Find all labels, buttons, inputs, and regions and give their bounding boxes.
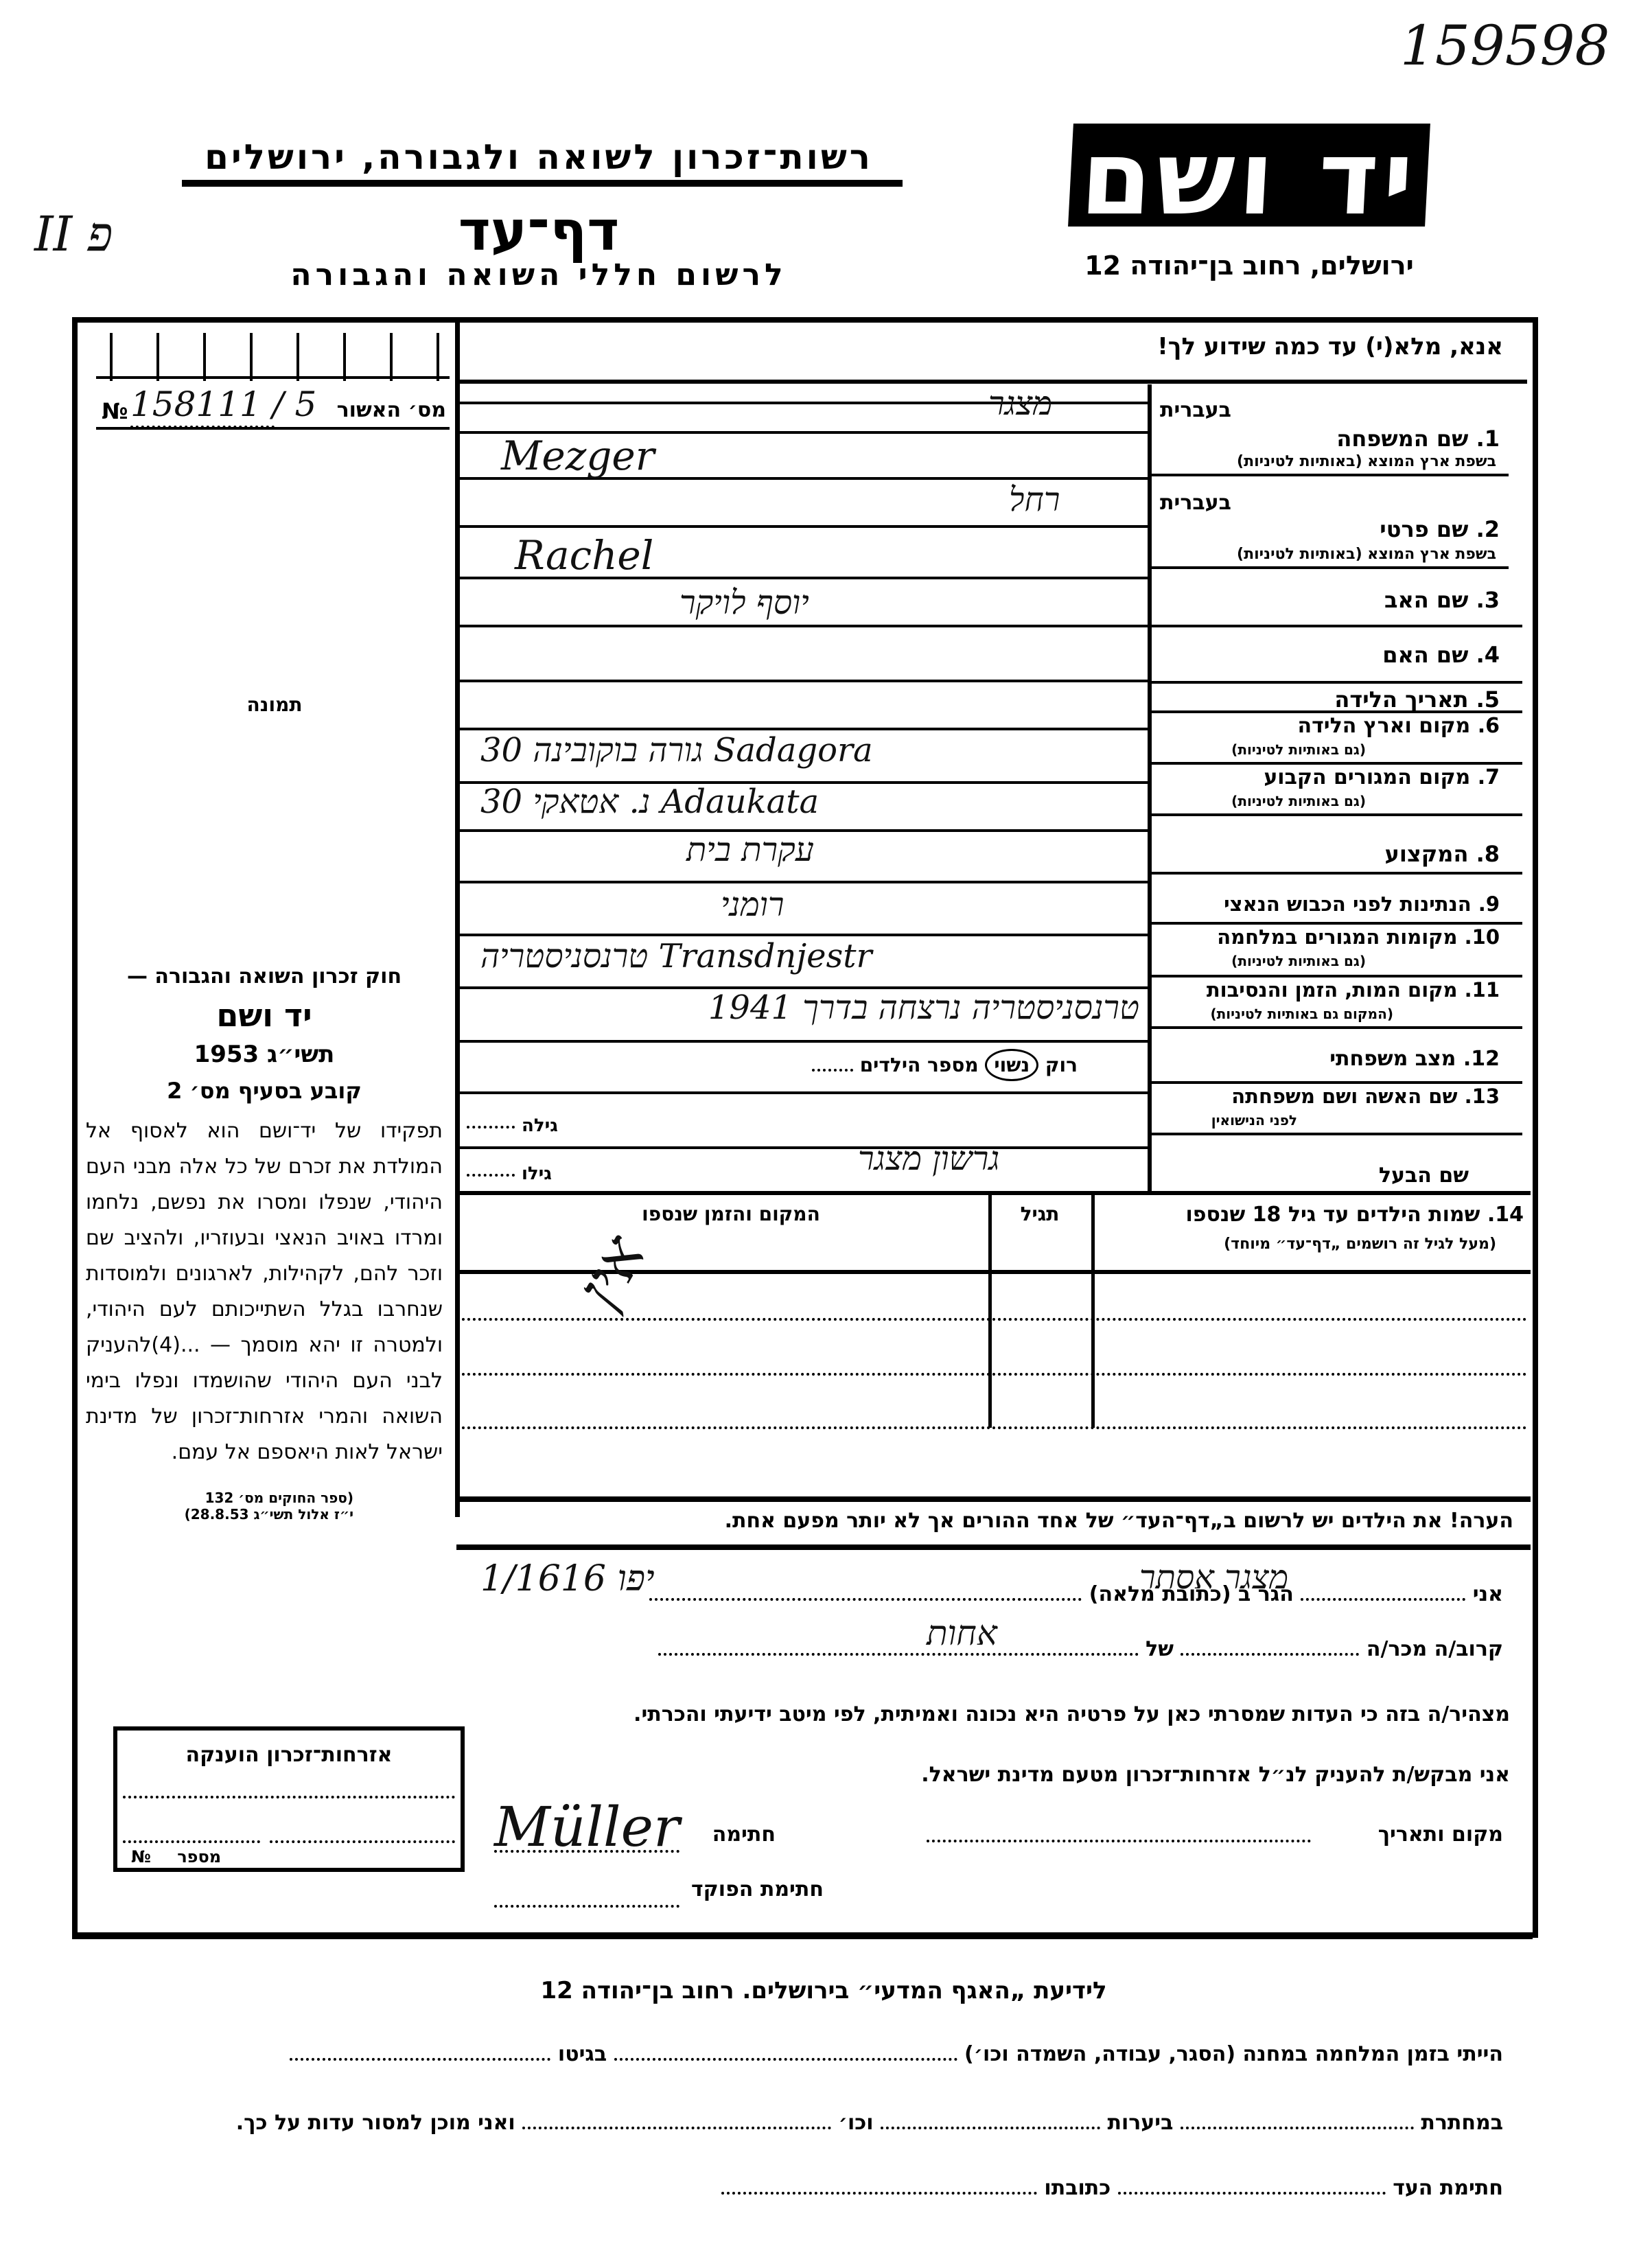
children-row-2[interactable] — [456, 1373, 1527, 1376]
number-label: מספר — [177, 1847, 221, 1866]
footer-camp-field[interactable] — [614, 2058, 957, 2061]
children-col-age: תגיל — [995, 1203, 1084, 1225]
children-count-label: מספר הילדים — [860, 1054, 979, 1076]
field-1-sub: בשפת ארץ המוצא (באותיות לטיניות) — [1153, 453, 1496, 470]
field-13-sub: לפני הנישואין — [1160, 1112, 1297, 1129]
field-2-label: 2. שם פרטי — [1167, 516, 1500, 542]
children-sub: (מעל לגיל זה רושמים „דף־עד״ מיוחד) — [1098, 1236, 1496, 1253]
children-num: 14. — [1487, 1203, 1524, 1227]
field-10-value[interactable]: טרנסניסטריה Transdnjestr — [480, 937, 1139, 975]
field-2-latin-value[interactable]: Rachel — [515, 532, 653, 579]
field-13-label: 13. שם האשה ושם משפחתה — [1160, 1085, 1500, 1108]
marital-status-options: רוק נשוי מספר הילדים — [721, 1054, 1078, 1076]
field-1-hebrew-tag: בעברית — [1160, 398, 1297, 422]
footer-line-3: חתימת העד כתובתו — [82, 2176, 1503, 2200]
field-10-num: 10. — [1465, 925, 1500, 949]
field-2-text: שם פרטי — [1380, 516, 1468, 542]
field-10-label: 10. מקומות המגורים במלחמה — [1160, 925, 1500, 949]
relative-label: קרוב/ה מכר/ה — [1367, 1637, 1503, 1661]
citizenship-number: № מספר — [131, 1847, 221, 1866]
children-row-3[interactable] — [456, 1426, 1527, 1429]
children-header-text: שמות הילדים עד גיל 18 שנספו — [1185, 1203, 1480, 1227]
declaration-statement: מצהיר/ה בזה כי העדות שמסרתי כאן על פרטיה… — [453, 1702, 1510, 1726]
law-citation-2: י״ז אלול תשי״ג 28.8.53) — [86, 1506, 443, 1523]
field-6-text: מקום וארץ הלידה — [1298, 714, 1471, 738]
footer-camp-label: הייתי בזמן המלחמה במחנה (הסגר, עבודה, הש… — [964, 2042, 1503, 2066]
approval-tick-row — [110, 333, 439, 382]
footer-address-label: כתובתו — [1044, 2176, 1111, 2200]
marital-option-single[interactable]: רוק — [1045, 1054, 1078, 1076]
field-12-text: מצב משפחתי — [1329, 1047, 1456, 1071]
footer-line-2: במחתרת ביערות וכו׳ ואני מוכן למסור עדות … — [82, 2111, 1503, 2135]
field-10-text: מקומות המגורים במלחמה — [1217, 925, 1457, 949]
footer-ghetto-field[interactable] — [290, 2058, 550, 2061]
of-field[interactable] — [658, 1653, 1139, 1656]
label-column-divider — [1148, 384, 1152, 1194]
field-1-text: שם המשפחה — [1336, 426, 1468, 452]
citizenship-box: אזרחות־זכרון הוענקה № מספר — [113, 1726, 465, 1872]
officer-signature-label: חתימת הפוקד — [686, 1877, 824, 1901]
field-6-sub: (גם באותיות לטיניות) — [1160, 741, 1366, 758]
field-1-latin-value[interactable]: Mezger — [501, 432, 654, 479]
footer-forests-field[interactable] — [881, 2127, 1100, 2129]
field-11-sub: (המקום גם באותיות לטיניות) — [1160, 1006, 1393, 1022]
field-13-num: 13. — [1465, 1085, 1500, 1108]
field-7-sub: (גם באותיות לטיניות) — [1160, 793, 1366, 809]
spouse-label: שם הבעל — [1160, 1164, 1469, 1188]
field-2-sub: בשפת ארץ המוצא (באותיות לטיניות) — [1153, 546, 1496, 563]
children-count-field[interactable] — [812, 1069, 853, 1072]
address: ירושלים, רחוב בן־יהודה 12 — [1071, 251, 1428, 281]
organization-title: רשות־זכרון לשואה ולגבורה, ירושלים — [178, 137, 899, 177]
instruction: אנא, מלא(י) עד כמה שידוע לך! — [1098, 333, 1503, 360]
archive-number: 159598 — [1400, 14, 1609, 78]
field-6-num: 6. — [1478, 714, 1500, 738]
field-7-text: מקום המגורים הקבוע — [1264, 765, 1470, 789]
field-11-text: מקום המות, הזמן והנסיבות — [1207, 978, 1458, 1002]
footer-underground-label: במחתרת — [1421, 2111, 1503, 2135]
age-female-field[interactable] — [467, 1126, 515, 1129]
field-11-value[interactable]: טרנסניסטריה נרצחה בדרך 1941 — [480, 988, 1139, 1027]
footer-etc-label: וכו׳ — [839, 2111, 874, 2135]
field-1-hebrew-value[interactable]: מצגר — [988, 384, 1052, 423]
left-column-divider — [455, 323, 460, 1517]
corner-mark: II פ — [34, 206, 113, 263]
relation-field[interactable] — [1181, 1653, 1359, 1656]
field-4-num: 4. — [1476, 642, 1500, 668]
footer-etc-field[interactable] — [522, 2127, 831, 2129]
form-subtitle: לרשום חללי השואה והגבורה — [178, 257, 899, 292]
approval-label: מס׳ האשור — [323, 398, 446, 422]
age-male-field[interactable] — [467, 1174, 515, 1177]
footer-title: לידיעת „האגף המדעי״ בירושלים. רחוב בן־יה… — [412, 1977, 1235, 2004]
field-3-text: שם האב — [1384, 587, 1468, 613]
signature-label: חתימה — [686, 1822, 776, 1847]
field-7-label: 7. מקום המגורים הקבוע — [1167, 765, 1500, 789]
field-1-num: 1. — [1476, 426, 1500, 452]
relation-value: אחות — [927, 1613, 997, 1653]
children-col-place: המקום והזמן שנספו — [480, 1203, 981, 1225]
spouse-value[interactable]: גרשון מצגר — [858, 1139, 999, 1178]
footer-ghetto-label: בגיטו — [558, 2042, 607, 2066]
field-5-num: 5. — [1476, 686, 1500, 713]
no-symbol: № — [131, 1847, 151, 1866]
field-12-label: 12. מצב משפחתי — [1160, 1047, 1500, 1071]
law-body: תפקידו של יד־ושם הוא לאסוף אל המולדת את … — [86, 1113, 443, 1470]
approval-number-value: 158111 / 5 — [130, 384, 316, 424]
photo-placeholder-label: תמונה — [206, 693, 343, 716]
law-citation-1: (ספר החוקים מס׳ 132 — [86, 1490, 443, 1506]
field-8-text: המקצוע — [1385, 841, 1469, 867]
place-date-field[interactable] — [927, 1840, 1311, 1842]
field-1-label: 1. שם המשפחה — [1167, 426, 1500, 452]
footer-line-1: הייתי בזמן המלחמה במחנה (הסגר, עבודה, הש… — [82, 2042, 1503, 2066]
citizenship-line-3[interactable] — [270, 1840, 455, 1843]
field-2-hebrew-tag: בעברית — [1160, 491, 1297, 515]
form-title: דף־עד — [178, 199, 899, 263]
children-col-divider-1 — [1091, 1194, 1095, 1428]
field-3-label: 3. שם האב — [1167, 587, 1500, 613]
field-2-hebrew-value[interactable]: רחל — [1009, 481, 1060, 519]
field-6-label: 6. מקום וארץ הלידה — [1167, 714, 1500, 738]
law-year: תשי״ג 1953 — [86, 1041, 443, 1068]
footer-address-field[interactable] — [721, 2192, 1037, 2195]
declarant-name-field[interactable] — [1301, 1598, 1465, 1601]
field-9-num: 9. — [1478, 892, 1500, 916]
field-6-value[interactable]: 30 גורה בוקובינה Sadagora — [480, 731, 1139, 769]
ani-label: אני — [1473, 1582, 1503, 1606]
field-2-num: 2. — [1476, 516, 1500, 542]
footer-witness-signature-field[interactable] — [1118, 2192, 1386, 2195]
children-row-1[interactable] — [456, 1318, 1527, 1321]
officer-signature-field[interactable] — [494, 1905, 679, 1908]
address-value: יפו 1/1616 — [480, 1558, 655, 1599]
age-female-label: גילה — [522, 1115, 558, 1136]
field-8-label: 8. המקצוע — [1167, 841, 1500, 867]
law-title: חוק זכרון השואה והגבורה — — [86, 964, 443, 988]
field-8-num: 8. — [1476, 841, 1500, 867]
footer-forests-label: ביערות — [1107, 2111, 1173, 2135]
citizenship-line-1[interactable] — [123, 1796, 455, 1798]
children-col-divider-2 — [988, 1194, 992, 1428]
citizenship-line-2[interactable] — [123, 1840, 260, 1843]
field-3-value[interactable]: יוסף לויקר — [679, 583, 809, 622]
signature-value: Müller — [494, 1795, 679, 1859]
of-label: של — [1146, 1637, 1174, 1661]
field-11-label: 11. מקום המות, הזמן והנסיבות — [1160, 978, 1500, 1002]
field-10-sub: (גם באותיות לטיניות) — [1160, 953, 1366, 969]
field-9-text: הנתינות לפני הכבוש הנאצי — [1224, 892, 1472, 916]
law-clause: קובע בסעיף מס׳ 2 — [86, 1078, 443, 1104]
law-text-block: חוק זכרון השואה והגבורה — יד ושם תשי״ג 1… — [86, 964, 443, 1523]
footer-ready-label: ואני מוכן למסור עדות על כך. — [236, 2111, 515, 2135]
field-5-label: 5. תאריך הלידה — [1167, 686, 1500, 713]
field-8-value[interactable]: עקרת בית — [686, 831, 814, 869]
field-4-text: שם האם — [1382, 642, 1468, 668]
marital-option-married[interactable]: נשוי — [985, 1049, 1038, 1081]
field-9-label: 9. הנתינות לפני הכבוש הנאצי — [1160, 892, 1500, 916]
field-4-label: 4. שם האם — [1167, 642, 1500, 668]
field-13-text: שם האשה ושם משפחתה — [1231, 1085, 1457, 1108]
field-7-num: 7. — [1478, 765, 1500, 789]
note: הערה! את הילדים יש לרשום ב„דף־העד״ של אח… — [474, 1509, 1513, 1533]
declaration-request: אני מבקש/ת להעניק לנ״ל אזרחות־זכרון מטעם… — [453, 1763, 1510, 1787]
approval-no-symbol: № — [102, 398, 128, 424]
field-11-num: 11. — [1465, 978, 1500, 1002]
header-rule — [182, 180, 903, 187]
children-header: 14. שמות הילדים עד גיל 18 שנספו — [1098, 1203, 1524, 1227]
address-field[interactable] — [649, 1598, 1082, 1601]
law-name: יד ושם — [86, 997, 443, 1034]
field-5-text: תאריך הלידה — [1334, 686, 1468, 713]
age-male-label: גילו — [522, 1164, 552, 1184]
declarant-name-value: מצגר אסתר — [1139, 1558, 1288, 1597]
field-9-value[interactable]: רומני — [721, 886, 784, 924]
field-7-value[interactable]: 30 נ. אטאקי Adaukata — [480, 783, 1139, 821]
place-date-label: מקום ותאריך — [1332, 1822, 1503, 1847]
yad-vashem-logo: יד ושם — [1068, 124, 1430, 227]
field-3-num: 3. — [1476, 587, 1500, 613]
field-12-num: 12. — [1463, 1047, 1500, 1071]
footer-witness-signature-label: חתימת העד — [1393, 2176, 1503, 2200]
footer-underground-field[interactable] — [1181, 2127, 1414, 2129]
citizenship-title: אזרחות־זכרון הוענקה — [117, 1743, 461, 1767]
